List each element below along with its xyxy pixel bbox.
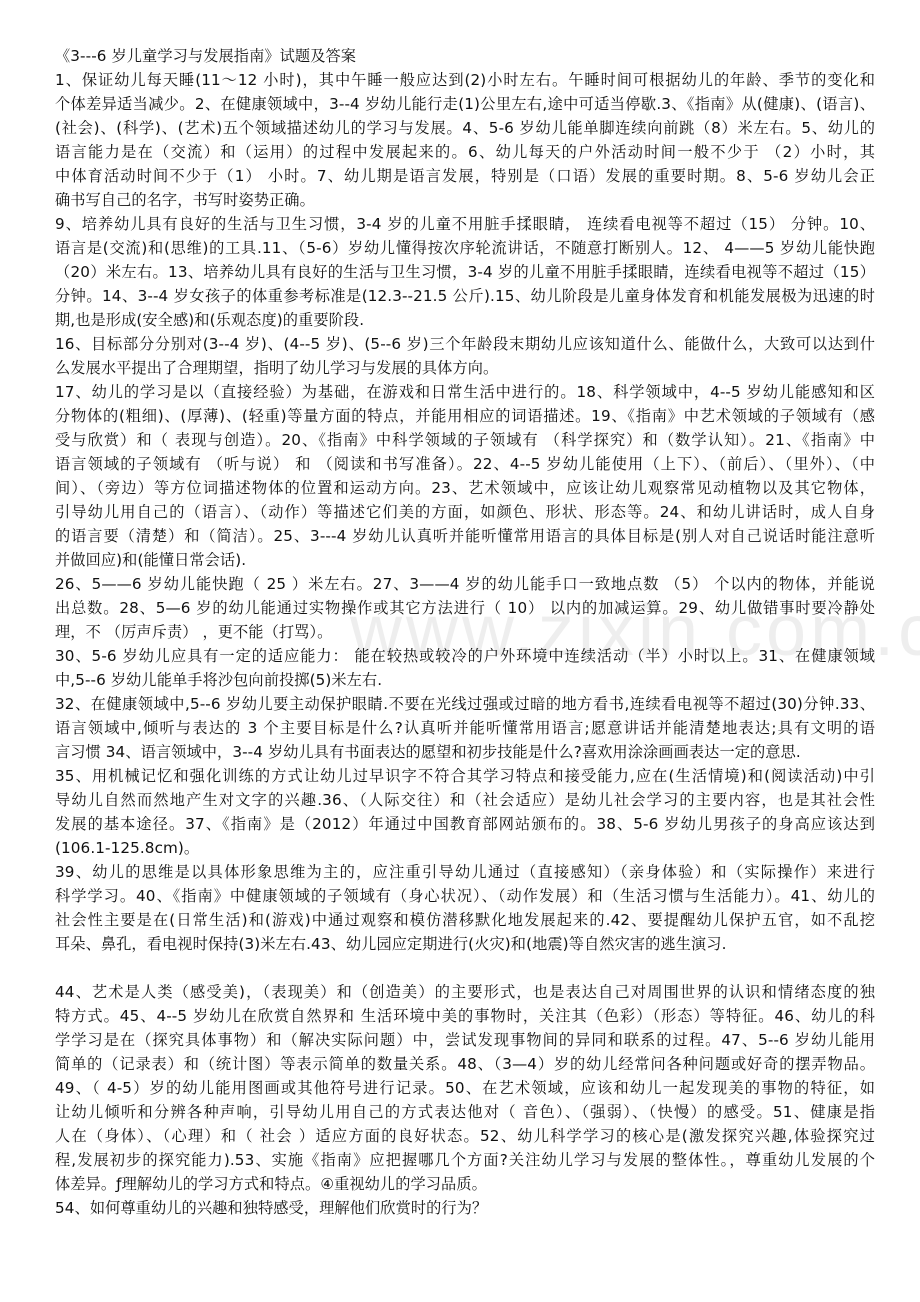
text-line: 17、幼儿的学习是以（直接经验）为基础，在游戏和日常生活中进行的。18、科学领域… [55,380,875,404]
text-line: 科学学习。40、《指南》中健康领域的子领域有（身心状况）、（动作发展）和（生活习… [55,884,875,908]
text-line: (社会)、(科学)、(艺术)五个领域描述幼儿的学习与发展。4、5-6 岁幼儿能单… [55,116,875,140]
text-line: (106.1-125.8cm)。 [55,836,875,860]
text-line: 中体育活动时间不少于（1） 小时。7、幼儿期是语言发展，特别是（口语）发展的重要… [55,164,875,188]
text-line: 44、艺术是人类（感受美)，（表现美）和（创造美）的主要形式，也是表达自己对周围… [55,980,875,1004]
text-line: 特方式。45、4--5 岁幼儿在欣赏自然界和 生活环境中美的事物时，关注其（色彩… [55,1004,875,1028]
text-line: 语言能力是在（交流）和（运用）的过程中发展起来的。6、幼儿每天的户外活动时间一般… [55,140,875,164]
text-line: 54、如何尊重幼儿的兴趣和独特感受，理解他们欣赏时的行为？ [55,1196,875,1220]
text-line: 分钟。14、3--4 岁女孩子的体重参考标准是(12.3--21.5 公斤).1… [55,284,875,308]
text-line: 个体差异适当减少。2、在健康领域中，3--4 岁幼儿能行走(1)公里左右,途中可… [55,92,875,116]
text-line: 程,发展初步的探究能力).53、实施《指南》应把握哪几个方面?关注幼儿学习与发展… [55,1148,875,1172]
text-line: 确书写自己的名字，书写时姿势正确。 [55,188,875,212]
text-line: 49、（ 4-5）岁的幼儿能用图画或其他符号进行记录。50、在艺术领域，应该和幼… [55,1076,875,1100]
text-line: 人在（身体）、（心理）和（ 社会 ）适应方面的良好状态。52、幼儿科学学习的核心… [55,1124,875,1148]
text-line: 导幼儿自然而然地产生对文字的兴趣.36、（人际交往）和（社会适应）是幼儿社会学习… [55,788,875,812]
text-line: 期,也是形成(安全感)和(乐观态度)的重要阶段. [55,308,875,332]
text-line: 26、5——6 岁幼儿能快跑（ 25 ）米左右。27、3——4 岁的幼儿能手口一… [55,572,875,596]
text-line: 间）、（旁边）等方位词描述物体的位置和运动方向。23、艺术领域中，应该让幼儿观察… [55,476,875,500]
text-line: 发展的基本途径。37、《指南》是（2012）年通过中国教育部网站颁布的。38、5… [55,812,875,836]
text-line: 引导幼儿用自己的（语言）、（动作）等描述它们美的方面，如颜色、形状、形态等。24… [55,500,875,524]
text-line: 社会性主要是在(日常生活)和(游戏)中通过观察和模仿潜移默化地发展起来的.42、… [55,908,875,932]
text-line: 学学习是在（探究具体事物）和（解决实际问题）中，尝试发现事物间的异同和联系的过程… [55,1028,875,1052]
text-line: 言习惯 34、语言领域中，3--4 岁幼儿具有书面表达的愿望和初步技能是什么?喜… [55,740,875,764]
text-line: 1、保证幼儿每天睡(11～12 小时)，其中午睡一般应达到(2)小时左右。午睡时… [55,68,875,92]
text-line: 出总数。28、5—6 岁的幼儿能通过实物操作或其它方法进行（ 10） 以内的加减… [55,596,875,620]
text-line: 简单的（记录表）和（统计图）等表示简单的数量关系。48、（3—4）岁的幼儿经常问… [55,1052,875,1076]
text-line: 并做回应)和(能懂日常会话). [55,548,875,572]
text-line: 么发展水平提出了合理期望，指明了幼儿学习与发展的具体方向。 [55,356,875,380]
document-body: 1、保证幼儿每天睡(11～12 小时)，其中午睡一般应达到(2)小时左右。午睡时… [55,68,875,1220]
text-line: （20）米左右。13、培养幼儿具有良好的生活与卫生习惯，3-4 岁的儿童不用脏手… [55,260,875,284]
text-line: 中,5--6 岁幼儿能单手将沙包向前投掷(5)米左右. [55,668,875,692]
text-line: 32、在健康领域中,5--6 岁幼儿要主动保护眼睛.不要在光线过强或过暗的地方看… [55,692,875,716]
text-line: 理，不 （厉声斥责） ，更不能（打骂）。 [55,620,875,644]
blank-line [55,956,875,980]
text-line: 体差异。ƒ理解幼儿的学习方式和特点。④重视幼儿的学习品质。 [55,1172,875,1196]
text-line: 分物体的(粗细)、(厚薄)、(轻重)等量方面的特点，并能用相应的词语描述。19、… [55,404,875,428]
text-line: 语言领域中,倾听与表达的 3 个主要目标是什么?认真听并能听懂常用语言;愿意讲话… [55,716,875,740]
document-page: 《3---6 岁儿童学习与发展指南》试题及答案 1、保证幼儿每天睡(11～12 … [55,44,875,1220]
text-line: 30、5-6 岁幼儿应具有一定的适应能力： 能在较热或较冷的户外环境中连续活动（… [55,644,875,668]
text-line: 语言领域的子领域有 （听与说） 和 （阅读和书写准备）。22、4--5 岁幼儿能… [55,452,875,476]
text-line: 的语言要（清楚）和（简洁）。25、3---4 岁幼儿认真听并能听懂常用语言的具体… [55,524,875,548]
text-line: 语言是(交流)和(思维)的工具.11、（5-6）岁幼儿懂得按次序轮流讲话，不随意… [55,236,875,260]
text-line: 35、用机械记忆和强化训练的方式让幼儿过早识字不符合其学习特点和接受能力,应在(… [55,764,875,788]
document-title: 《3---6 岁儿童学习与发展指南》试题及答案 [55,44,875,68]
text-line: 让幼儿倾听和分辨各种声响，引导幼儿用自己的方式表达他对（ 音色）、（强弱）、（快… [55,1100,875,1124]
text-line: 受与欣赏）和（ 表现与创造）。20、《指南》中科学领域的子领域有 （科学探究）和… [55,428,875,452]
text-line: 16、目标部分分别对(3--4 岁)、(4--5 岁)、(5--6 岁)三个年龄… [55,332,875,356]
text-line: 耳朵、鼻孔，看电视时保持(3)米左右.43、幼儿园应定期进行(火灾)和(地震)等… [55,932,875,956]
text-line: 9、培养幼儿具有良好的生活与卫生习惯，3-4 岁的儿童不用脏手揉眼睛， 连续看电… [55,212,875,236]
text-line: 39、幼儿的思维是以具体形象思维为主的，应注重引导幼儿通过（直接感知）（亲身体验… [55,860,875,884]
